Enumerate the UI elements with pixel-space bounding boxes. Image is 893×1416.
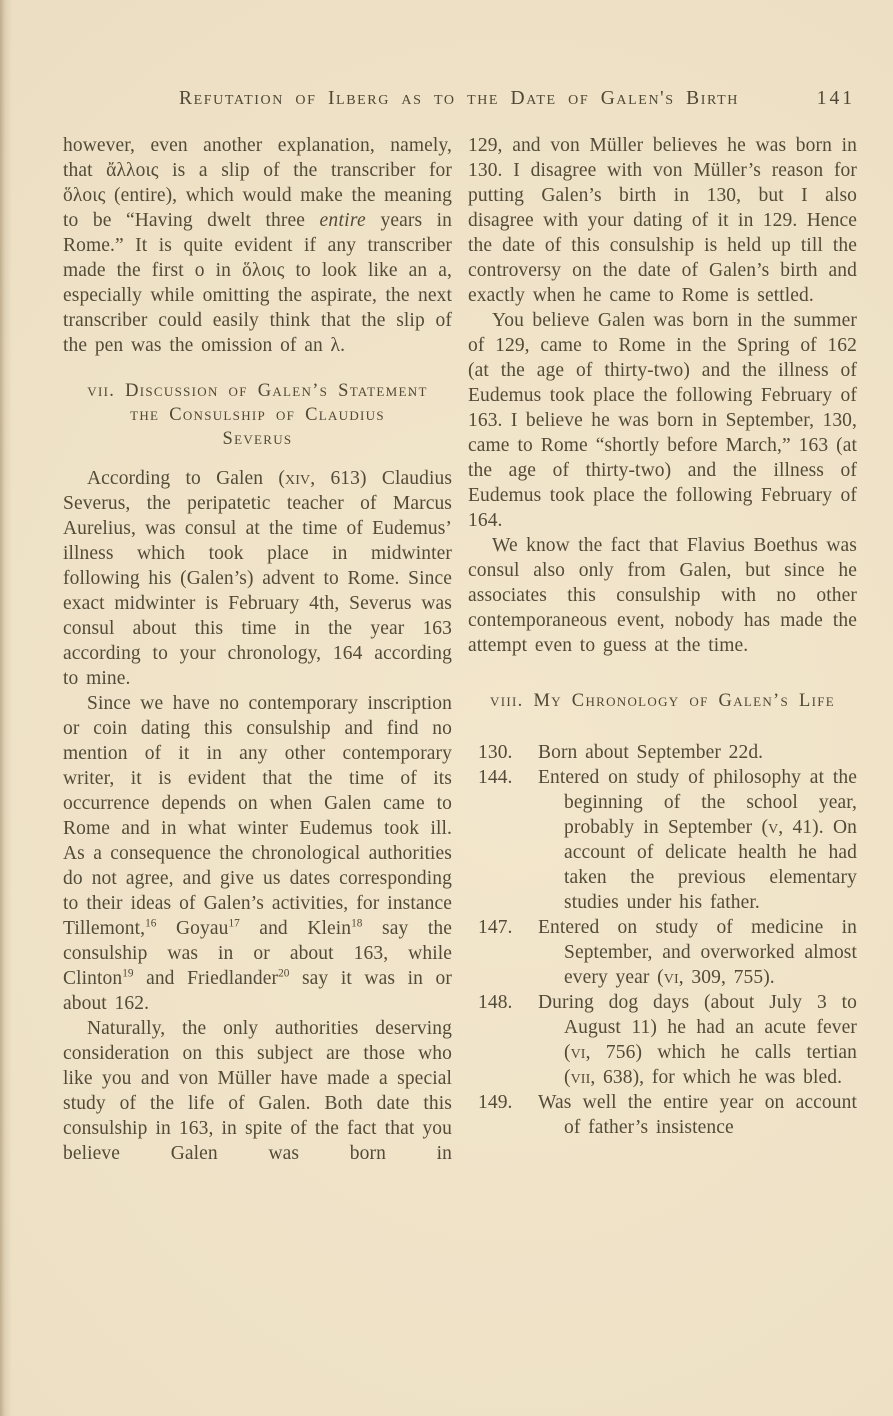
paragraph: Since we have no contemporary inscriptio… [63, 691, 452, 1016]
chronology-text: During dog days (about July 3 to August … [538, 992, 857, 1088]
chronology-year: 130. [478, 740, 538, 765]
book-page: Refutation of Ilberg as to the Date of G… [0, 0, 893, 1416]
chronology-text: Entered on study of philosophy at the be… [538, 767, 857, 913]
chronology-entry: 148.During dog days (about July 3 to Aug… [468, 990, 857, 1090]
text-columns: however, even another explanation, namel… [63, 133, 857, 1166]
chronology-entry: 149.Was well the entire year on account … [468, 1090, 857, 1140]
chronology-year: 148. [478, 990, 538, 1015]
chronology-entry: 144.Entered on study of philosophy at th… [468, 765, 857, 915]
paragraph: You believe Galen was born in the summer… [468, 308, 857, 533]
chronology-list: 130.Born about September 22d. 144.Entere… [468, 740, 857, 1140]
chronology-text: Entered on study of medicine in Septembe… [538, 917, 857, 988]
running-title: Refutation of Ilberg as to the Date of G… [179, 88, 739, 109]
paper-speck [409, 393, 412, 396]
chronology-text: Was well the entire year on account of f… [538, 1092, 857, 1138]
paragraph-continuation: 129, and von Müller believes he was born… [468, 133, 857, 308]
chronology-year: 147. [478, 915, 538, 940]
paragraph: According to Galen (xiv, 613) Claudius S… [63, 466, 452, 691]
chronology-year: 144. [478, 765, 538, 790]
chronology-entry: 130.Born about September 22d. [468, 740, 857, 765]
page-header: Refutation of Ilberg as to the Date of G… [63, 88, 855, 110]
section-heading-viii: viii. My Chronology of Galen’s Life [468, 689, 857, 713]
paragraph-continuation: however, even another explanation, namel… [63, 133, 452, 358]
page-number: 141 [817, 88, 855, 110]
chronology-text: Born about September 22d. [538, 742, 763, 763]
paragraph: Naturally, the only authorities deservin… [63, 1016, 452, 1166]
left-column: however, even another explanation, namel… [63, 133, 452, 1166]
paragraph: We know the fact that Flavius Boethus wa… [468, 533, 857, 658]
chronology-entry: 147.Entered on study of medicine in Sept… [468, 915, 857, 990]
section-heading-vii: vii. Discussion of Galen’s Statementthe … [63, 379, 452, 451]
right-column: 129, and von Müller believes he was born… [468, 133, 857, 1166]
chronology-year: 149. [478, 1090, 538, 1115]
